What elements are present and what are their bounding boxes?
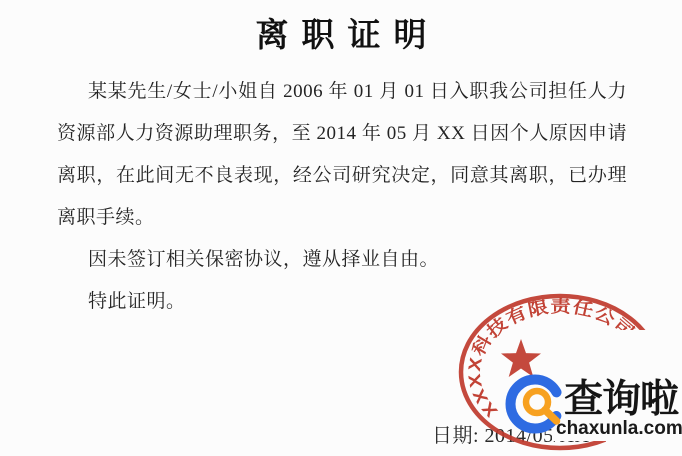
paragraph-main: 某某先生/女士/小姐自 2006 年 01 月 01 日入职我公司担任人力资源部… xyxy=(57,71,627,239)
document-page: 离职证明 某某先生/女士/小姐自 2006 年 01 月 01 日入职我公司担任… xyxy=(0,0,682,456)
paragraph-confidentiality: 因未签订相关保密协议，遵从择业自由。 xyxy=(57,239,627,281)
page-title: 离职证明 xyxy=(0,9,682,56)
paragraph-certify: 特此证明。 xyxy=(57,281,627,323)
document-body: 某某先生/女士/小姐自 2006 年 01 月 01 日入职我公司担任人力资源部… xyxy=(57,71,627,323)
watermark-domain: chaxunla.com xyxy=(552,417,682,441)
star-icon xyxy=(501,339,541,377)
logo-lens-ring xyxy=(526,391,548,413)
